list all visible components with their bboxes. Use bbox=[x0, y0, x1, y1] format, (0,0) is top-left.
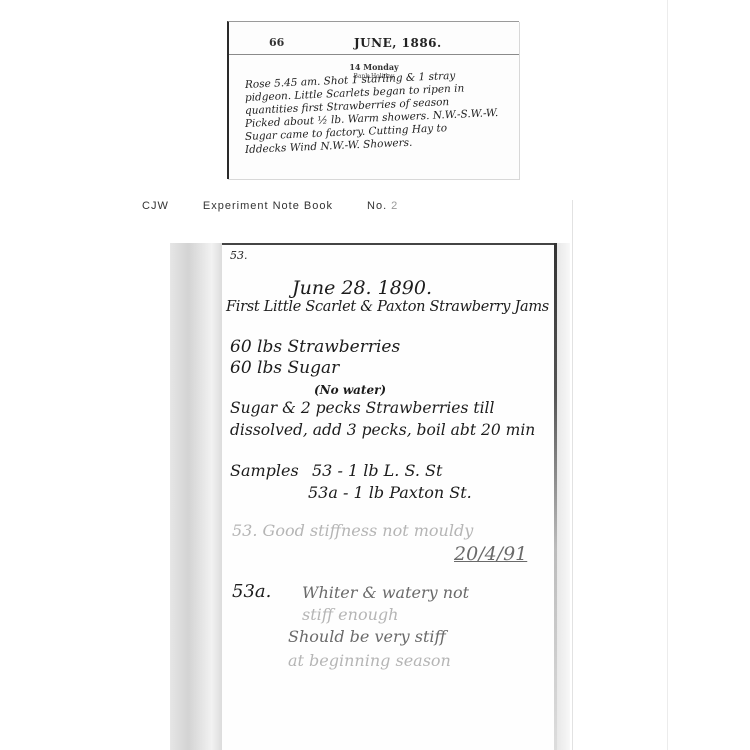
later-date: 20/4/91 bbox=[454, 543, 527, 565]
sample-entry: 53 - 1 lb L. S. St bbox=[312, 461, 442, 480]
diary-page-number: 66 bbox=[269, 36, 284, 49]
caption-number: 2 bbox=[391, 200, 398, 212]
note-53a-line: stiff enough bbox=[302, 605, 398, 624]
diary-entry: Rose 5.45 am. Shot 1 starling & 1 stray … bbox=[245, 79, 513, 157]
later-note: 53. Good stiffness not mouldy bbox=[232, 521, 473, 540]
entry-heading: First Little Scarlet & Paxton Strawberry… bbox=[226, 299, 549, 315]
notebook-photo: 53. June 28. 1890. First Little Scarlet … bbox=[170, 243, 570, 750]
method-line: dissolved, add 3 pecks, boil abt 20 min bbox=[230, 421, 535, 439]
caption-number-label: No. bbox=[367, 200, 387, 212]
caption-title: Experiment Note Book bbox=[203, 200, 333, 212]
sample-desc: - 1 lb L. S. St bbox=[337, 461, 442, 480]
notebook-page-number: 53. bbox=[230, 249, 248, 262]
caption-initials: CJW bbox=[142, 200, 169, 212]
entry-date: June 28. 1890. bbox=[292, 277, 432, 299]
diary-header: 66 JUNE, 1886. bbox=[229, 36, 519, 55]
note-53a-line: Whiter & watery not bbox=[302, 583, 469, 602]
sample-id: 53 bbox=[312, 461, 332, 480]
samples-label: Samples bbox=[230, 461, 299, 480]
diary-month-header: JUNE, 1886. bbox=[354, 36, 442, 50]
page-edge bbox=[557, 243, 570, 750]
water-note: (No water) bbox=[314, 383, 386, 397]
method-line: Sugar & 2 pecks Strawberries till bbox=[230, 399, 494, 417]
sheet-edge bbox=[667, 0, 668, 750]
ingredient-line: 60 lbs Strawberries bbox=[230, 337, 400, 357]
notebook-page: 53. June 28. 1890. First Little Scarlet … bbox=[222, 243, 557, 750]
ingredient-line: 60 lbs Sugar bbox=[230, 358, 339, 378]
notebook-caption: CJW Experiment Note Book No.2 bbox=[142, 200, 428, 212]
sample-desc: - 1 lb Paxton St. bbox=[343, 483, 472, 502]
note-53a-label: 53a. bbox=[232, 581, 271, 602]
notebook-spine bbox=[170, 243, 222, 750]
sample-id: 53a bbox=[308, 483, 338, 502]
note-53a-line: at beginning season bbox=[288, 651, 451, 670]
note-53a-line: Should be very stiff bbox=[288, 627, 446, 646]
sample-entry: 53a - 1 lb Paxton St. bbox=[308, 483, 472, 502]
sheet-edge bbox=[572, 200, 573, 750]
diary-page-card: 66 JUNE, 1886. 14 Monday Bank Holiday Ro… bbox=[227, 21, 519, 179]
